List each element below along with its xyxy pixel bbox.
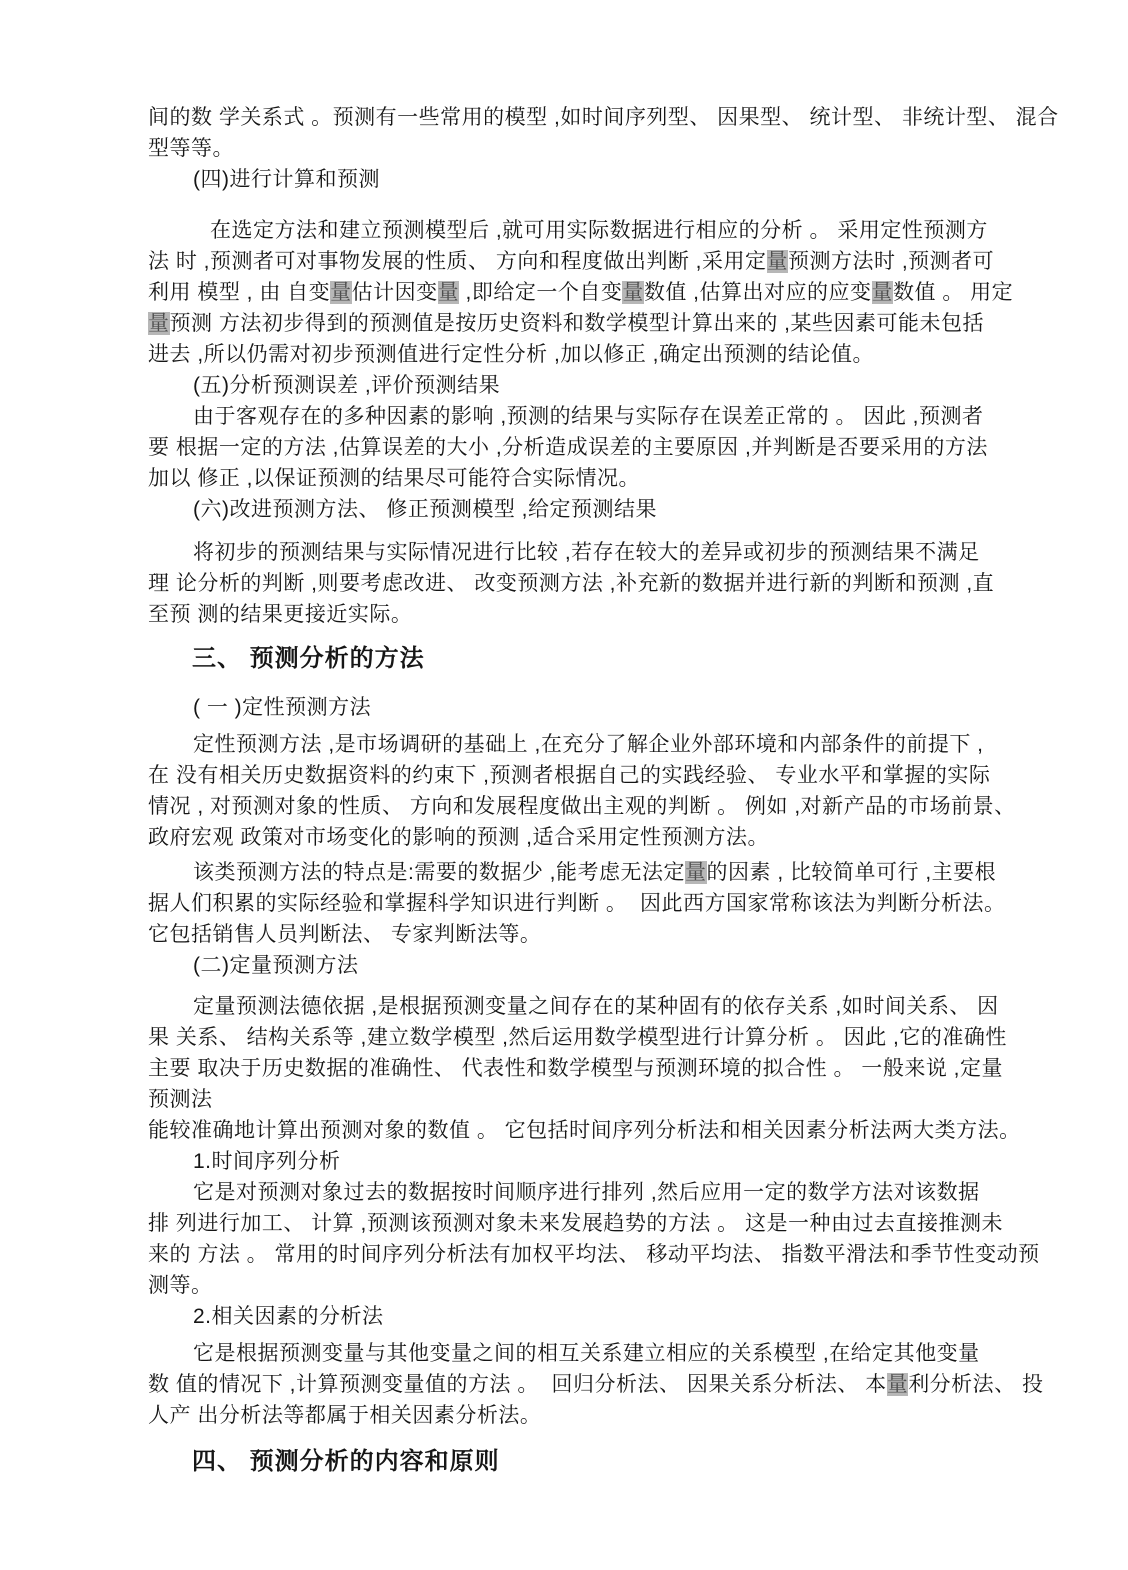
para-step-4: 在选定方法和建立预测模型后 ,就可用实际数据进行相应的分析 。 采用定性预测方 … [148,215,1008,370]
document-page: 间的数 学关系式 。预测有一些常用的模型 ,如时间序列型、 因果型、 统计型、 … [0,0,1128,1570]
para-qualitative-features: 该类预测方法的特点是:需要的数据少 ,能考虑无法定量的因素 , 比较简单可行 ,… [148,857,1008,950]
label-step-4: (四)进行计算和预测 [148,164,1008,195]
heading-section-3: 三、 预测分析的方法 [148,640,1008,678]
para-time-series: 它是对预测对象过去的数据按时间顺序进行排列 ,然后应用一定的数学方法对该数据 排… [148,1177,1008,1301]
label-time-series: 1.时间序列分析 [148,1146,1008,1177]
para-step-5: 由于客观存在的多种因素的影响 ,预测的结果与实际存在误差正常的 。 因此 ,预测… [148,401,1008,494]
label-step-5: (五)分析预测误差 ,评价预测结果 [148,370,1008,401]
highlighted-char: 量 [622,281,644,304]
label-qualitative: ( 一 )定性预测方法 [148,692,1008,723]
document-body: 间的数 学关系式 。预测有一些常用的模型 ,如时间序列型、 因果型、 统计型、 … [148,102,1008,1481]
para-model-continuation: 间的数 学关系式 。预测有一些常用的模型 ,如时间序列型、 因果型、 统计型、 … [148,102,1008,164]
highlighted-char: 量 [887,1373,909,1396]
label-quantitative: (二)定量预测方法 [148,950,1008,981]
highlighted-char: 量 [330,281,352,304]
label-step-6: (六)改进预测方法、 修正预测模型 ,给定预测结果 [148,494,1008,525]
para-step-6: 将初步的预测结果与实际情况进行比较 ,若存在较大的差异或初步的预测结果不满足 理… [148,537,1008,630]
highlighted-char: 量 [148,312,170,335]
heading-section-4: 四、 预测分析的内容和原则 [148,1443,1008,1481]
label-correlation: 2.相关因素的分析法 [148,1301,1008,1332]
highlighted-char: 量 [438,281,460,304]
highlighted-char: 量 [767,250,789,273]
highlighted-char: 量 [872,281,894,304]
para-quantitative: 定量预测法德依据 ,是根据预测变量之间存在的某种固有的依存关系 ,如时间关系、 … [148,991,1008,1146]
highlighted-char: 量 [685,861,707,884]
para-correlation: 它是根据预测变量与其他变量之间的相互关系建立相应的关系模型 ,在给定其他变量 数… [148,1338,1008,1431]
para-qualitative: 定性预测方法 ,是市场调研的基础上 ,在充分了解企业外部环境和内部条件的前提下 … [148,729,1008,853]
